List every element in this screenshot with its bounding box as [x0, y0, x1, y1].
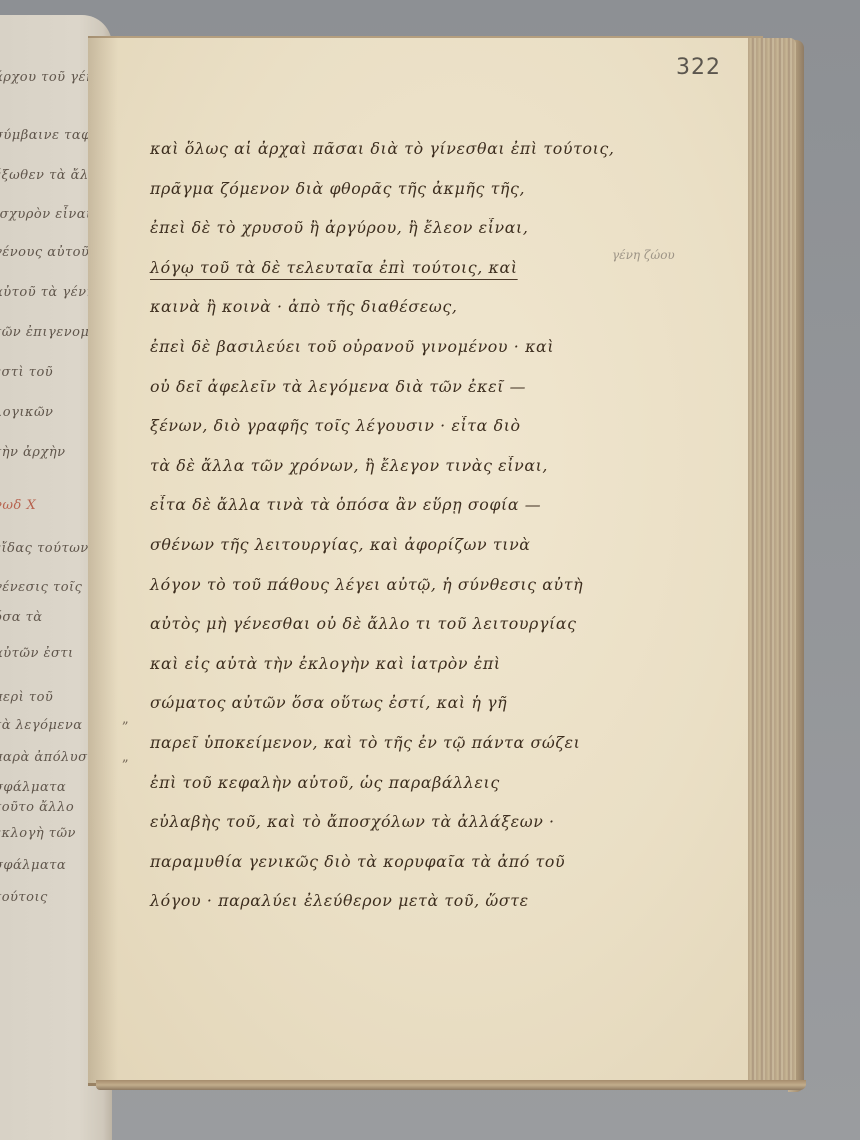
- left-page-text-line: αὐτῶν ἐστι: [0, 646, 74, 661]
- page-fore-edge: [748, 38, 796, 1088]
- left-page-text-line: ἐκλογὴ τῶν: [0, 826, 76, 841]
- margin-quote-mark: „: [122, 750, 129, 765]
- text-line: λόγον τὸ τοῦ πάθους λέγει αὐτῷ, ἡ σύνθεσ…: [150, 566, 538, 606]
- text-line: αὐτὸς μὴ γένεσθαι οὐ δὲ ἄλλο τι τοῦ λειτ…: [150, 605, 538, 645]
- margin-quote-mark: „: [122, 712, 129, 727]
- text-line: ἐπεὶ δὲ τὸ χρυσοῦ ἢ ἀργύρου, ἢ ἔλεον εἶν…: [150, 209, 538, 249]
- text-line: καὶ ὅλως αἱ ἀρχαὶ πᾶσαι διὰ τὸ γίνεσθαι …: [150, 130, 538, 170]
- text-line: καινὰ ἢ κοινὰ · ἀπὸ τῆς διαθέσεως,: [150, 288, 538, 328]
- manuscript-text-block: καὶ ὅλως αἱ ἀρχαὶ πᾶσαι διὰ τὸ γίνεσθαι …: [150, 130, 530, 922]
- text-line: πρᾶγμα ζόμενον διὰ φθορᾶς τῆς ἀκμῆς τῆς,: [150, 170, 538, 210]
- left-page-text-line: ἰσχυρὸν εἶναι: [0, 207, 92, 222]
- text-line: καὶ εἰς αὐτὰ τὴν ἐκλογὴν καὶ ἰατρὸν ἐπὶ: [150, 645, 538, 685]
- text-line: λόγῳ τοῦ τὰ δὲ τελευταῖα ἐπὶ τούτοις, κα…: [150, 249, 538, 289]
- left-page-text-line: παρὰ ἀπόλυσιν: [0, 750, 102, 765]
- text-line: ξένων, διὸ γραφῆς τοῖς λέγουσιν · εἶτα δ…: [150, 407, 538, 447]
- left-page-text-line: τούτοις: [0, 890, 48, 905]
- text-line: ἐπὶ τοῦ κεφαλὴν αὐτοῦ, ὡς παραβάλλεις: [150, 764, 538, 804]
- text-line: παραμυθία γενικῶς διὸ τὰ κορυφαῖα τὰ ἀπό…: [150, 843, 538, 883]
- text-line: εὐλαβὴς τοῦ, καὶ τὸ ἄποσχόλων τὰ ἀλλάξεω…: [150, 803, 538, 843]
- text-line: οὐ δεῖ ἀφελεῖν τὰ λεγόμενα διὰ τῶν ἐκεῖ …: [150, 368, 538, 408]
- left-page-text-line: νωδ Χ: [0, 498, 36, 513]
- left-page-text-line: λογικῶν: [0, 405, 53, 420]
- text-line: ἐπεὶ δὲ βασιλεύει τοῦ οὐρανοῦ γινομένου …: [150, 328, 538, 368]
- text-line: εἶτα δὲ ἄλλα τινὰ τὰ ὁπόσα ἂν εὕρῃ σοφία…: [150, 486, 538, 526]
- left-page-text-line: τοῦτο ἄλλο: [0, 800, 74, 815]
- text-line: λόγου · παραλύει ἐλεύθερον μετὰ τοῦ, ὥστ…: [150, 882, 538, 922]
- left-page-text-line: τὰ λεγόμενα: [0, 718, 83, 733]
- left-page-text-line: περὶ τοῦ: [0, 690, 53, 705]
- left-page-text-line: γένους αὐτοῦ: [0, 245, 89, 260]
- page-bottom-edge: [96, 1080, 806, 1090]
- left-page-text-line: ἐστὶ τοῦ: [0, 365, 53, 380]
- left-page-text-line: σφάλματα: [0, 780, 66, 795]
- text-line: τὰ δὲ ἄλλα τῶν χρόνων, ἢ ἔλεγον τινὰς εἶ…: [150, 447, 538, 487]
- left-page-text-line: σφάλματα: [0, 858, 66, 873]
- margin-annotation: γένη ζώου: [612, 248, 675, 262]
- left-page-text-line: τὴν ἀρχὴν: [0, 445, 66, 460]
- left-page-text-line: ὅσα τὰ: [0, 610, 43, 625]
- text-line: σώματος αὐτῶν ὅσα οὕτως ἐστί, καὶ ἡ γῆ: [150, 684, 538, 724]
- left-page-text-line: γένεσις τοῖς: [0, 580, 82, 595]
- folio-number: 322: [676, 55, 721, 80]
- left-page-text-line: αὐτοῦ τὰ γένη: [0, 285, 95, 300]
- text-line: σθένων τῆς λειτουργίας, καὶ ἀφορίζων τιν…: [150, 526, 538, 566]
- gutter-shadow: [88, 36, 118, 1086]
- text-line: παρεῖ ὑποκείμενον, καὶ τὸ τῆς ἐν τῷ πάντ…: [150, 724, 538, 764]
